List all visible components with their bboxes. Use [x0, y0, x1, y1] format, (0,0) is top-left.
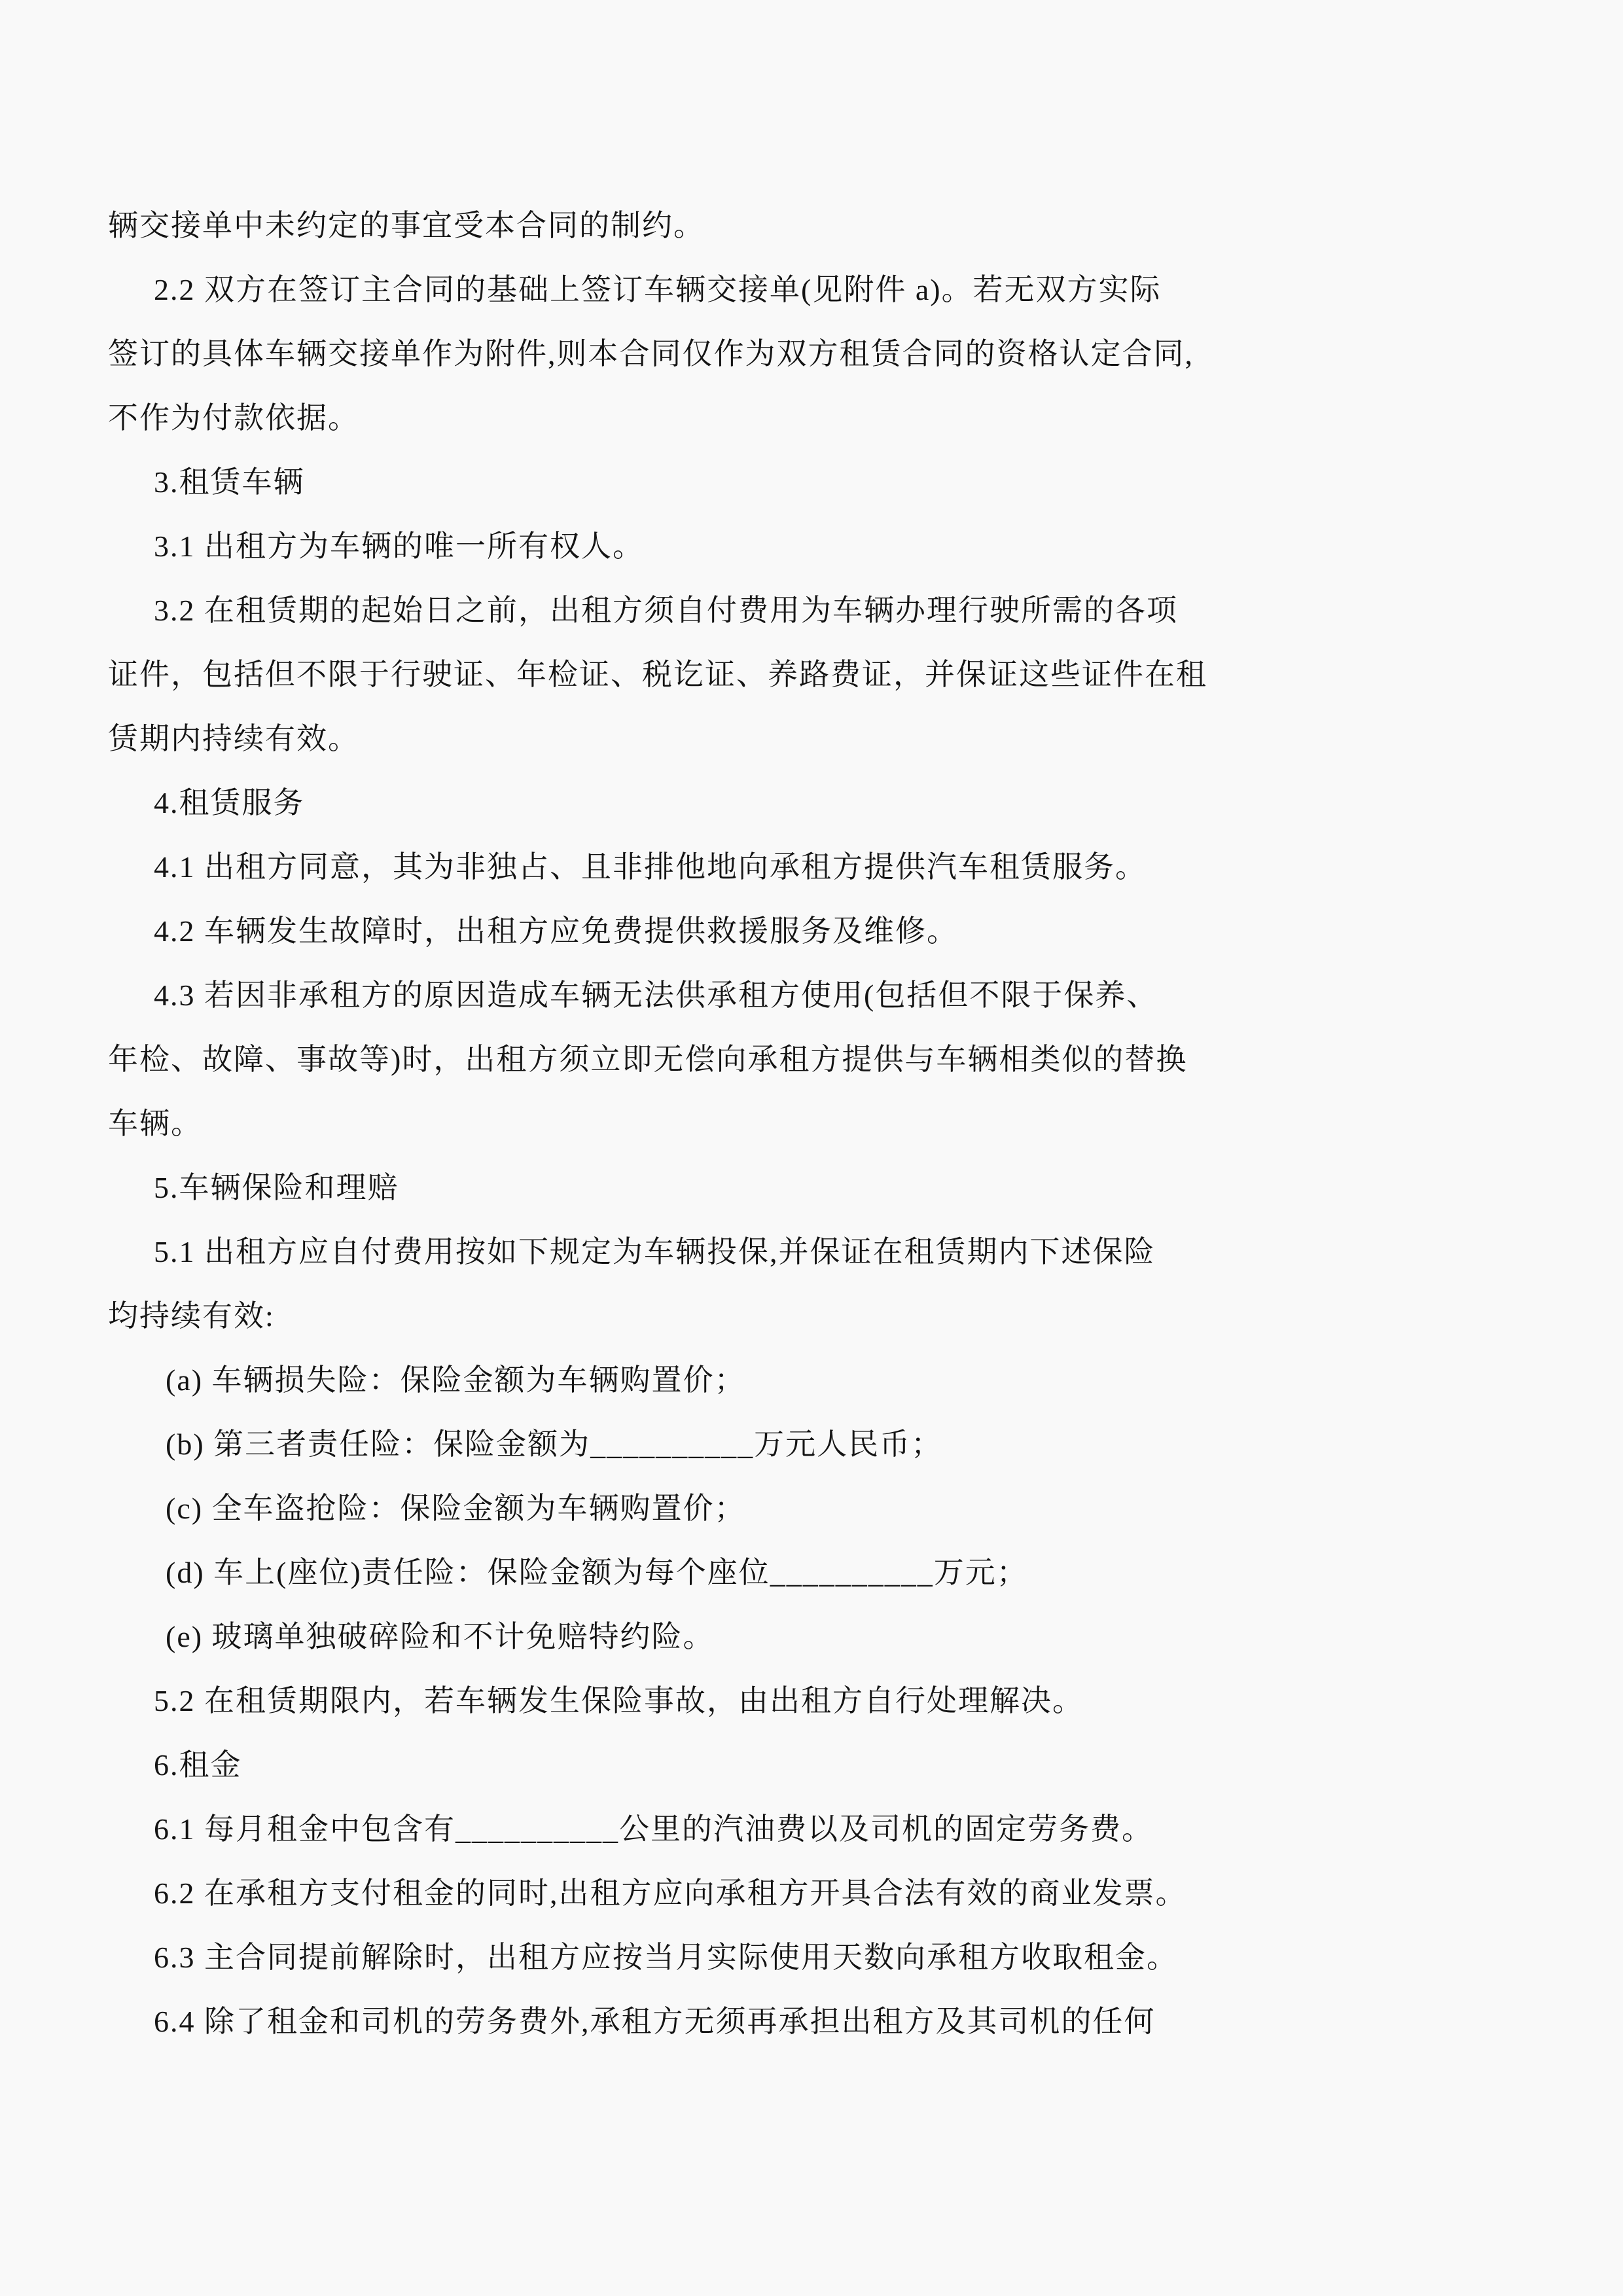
- text-line: 4.1 出租方同意，其为非独占、且非排他地向承租方提供汽车租赁服务。: [108, 835, 1528, 899]
- text-line: (c) 全车盗抢险：保险金额为车辆购置价；: [108, 1477, 1528, 1541]
- text-line: 2.2 双方在签订主合同的基础上签订车辆交接单(见附件 a)。若无双方实际: [108, 258, 1528, 322]
- text-line: 5.1 出租方应自付费用按如下规定为车辆投保,并保证在租赁期内下述保险: [108, 1220, 1528, 1284]
- text-line: 车辆。: [108, 1092, 1528, 1156]
- text-line: 赁期内持续有效。: [108, 707, 1528, 771]
- text-line: 3.1 出租方为车辆的唯一所有权人。: [108, 514, 1528, 579]
- text-line: 证件，包括但不限于行驶证、年检证、税讫证、养路费证，并保证这些证件在租: [108, 643, 1528, 707]
- text-line: 辆交接单中未约定的事宜受本合同的制约。: [108, 194, 1528, 258]
- text-line: (e) 玻璃单独破碎险和不计免赔特约险。: [108, 1605, 1528, 1669]
- text-line: 5.2 在租赁期限内，若车辆发生保险事故，由出租方自行处理解决。: [108, 1669, 1528, 1733]
- document-lines: 辆交接单中未约定的事宜受本合同的制约。2.2 双方在签订主合同的基础上签订车辆交…: [108, 194, 1528, 2054]
- text-line: 5.车辆保险和理赔: [108, 1156, 1528, 1220]
- text-line: 4.3 若因非承租方的原因造成车辆无法供承租方使用(包括但不限于保养、: [108, 963, 1528, 1028]
- text-line: 6.1 每月租金中包含有__________公里的汽油费以及司机的固定劳务费。: [108, 1797, 1528, 1861]
- text-line: 均持续有效:: [108, 1284, 1528, 1348]
- text-line: (d) 车上(座位)责任险：保险金额为每个座位__________万元；: [108, 1541, 1528, 1605]
- document-page: 辆交接单中未约定的事宜受本合同的制约。2.2 双方在签订主合同的基础上签订车辆交…: [0, 0, 1623, 2296]
- text-line: 3.2 在租赁期的起始日之前，出租方须自付费用为车辆办理行驶所需的各项: [108, 579, 1528, 643]
- text-line: 6.4 除了租金和司机的劳务费外,承租方无须再承担出租方及其司机的任何: [108, 1990, 1528, 2054]
- text-line: 6.3 主合同提前解除时，出租方应按当月实际使用天数向承租方收取租金。: [108, 1926, 1528, 1990]
- text-line: 4.2 车辆发生故障时，出租方应免费提供救援服务及维修。: [108, 899, 1528, 963]
- text-line: 年检、故障、事故等)时，出租方须立即无偿向承租方提供与车辆相类似的替换: [108, 1028, 1528, 1092]
- text-line: 6.2 在承租方支付租金的同时,出租方应向承租方开具合法有效的商业发票。: [108, 1861, 1528, 1926]
- text-line: 6.租金: [108, 1733, 1528, 1797]
- text-line: (b) 第三者责任险：保险金额为__________万元人民币；: [108, 1412, 1528, 1477]
- text-line: (a) 车辆损失险：保险金额为车辆购置价；: [108, 1348, 1528, 1412]
- text-line: 不作为付款依据。: [108, 386, 1528, 450]
- text-line: 签订的具体车辆交接单作为附件,则本合同仅作为双方租赁合同的资格认定合同,: [108, 322, 1528, 386]
- text-line: 4.租赁服务: [108, 771, 1528, 835]
- text-line: 3.租赁车辆: [108, 450, 1528, 514]
